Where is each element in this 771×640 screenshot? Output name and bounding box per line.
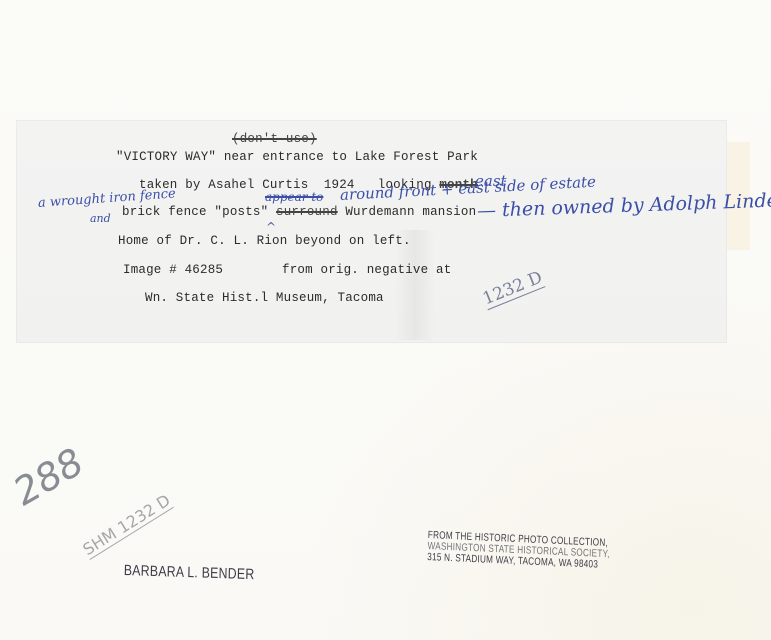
museum-text: Wn. State Hist.l Museum, Tacoma: [145, 291, 384, 305]
handwritten-and: and: [90, 212, 111, 225]
struck-word-surround: surround: [276, 205, 338, 219]
caption-line-fence: brick fence "posts" surround Wurdemann m…: [122, 205, 484, 219]
caption-title: "VICTORY WAY" near entrance to Lake Fore…: [116, 150, 478, 164]
caption-line-rion-home: Home of Dr. C. L. Rion beyond on left.: [118, 234, 411, 248]
caret-insert-mark: ^: [266, 220, 276, 234]
handwritten-struck-appear-to: appear to: [265, 190, 323, 204]
fence-text: brick fence "posts": [122, 205, 276, 219]
deleted-note: (don't use): [232, 132, 317, 146]
mansion-text: Wurdemann mansion: [338, 205, 484, 219]
source-text: from orig. negative at: [282, 263, 451, 277]
image-number: Image # 46285: [123, 263, 223, 277]
